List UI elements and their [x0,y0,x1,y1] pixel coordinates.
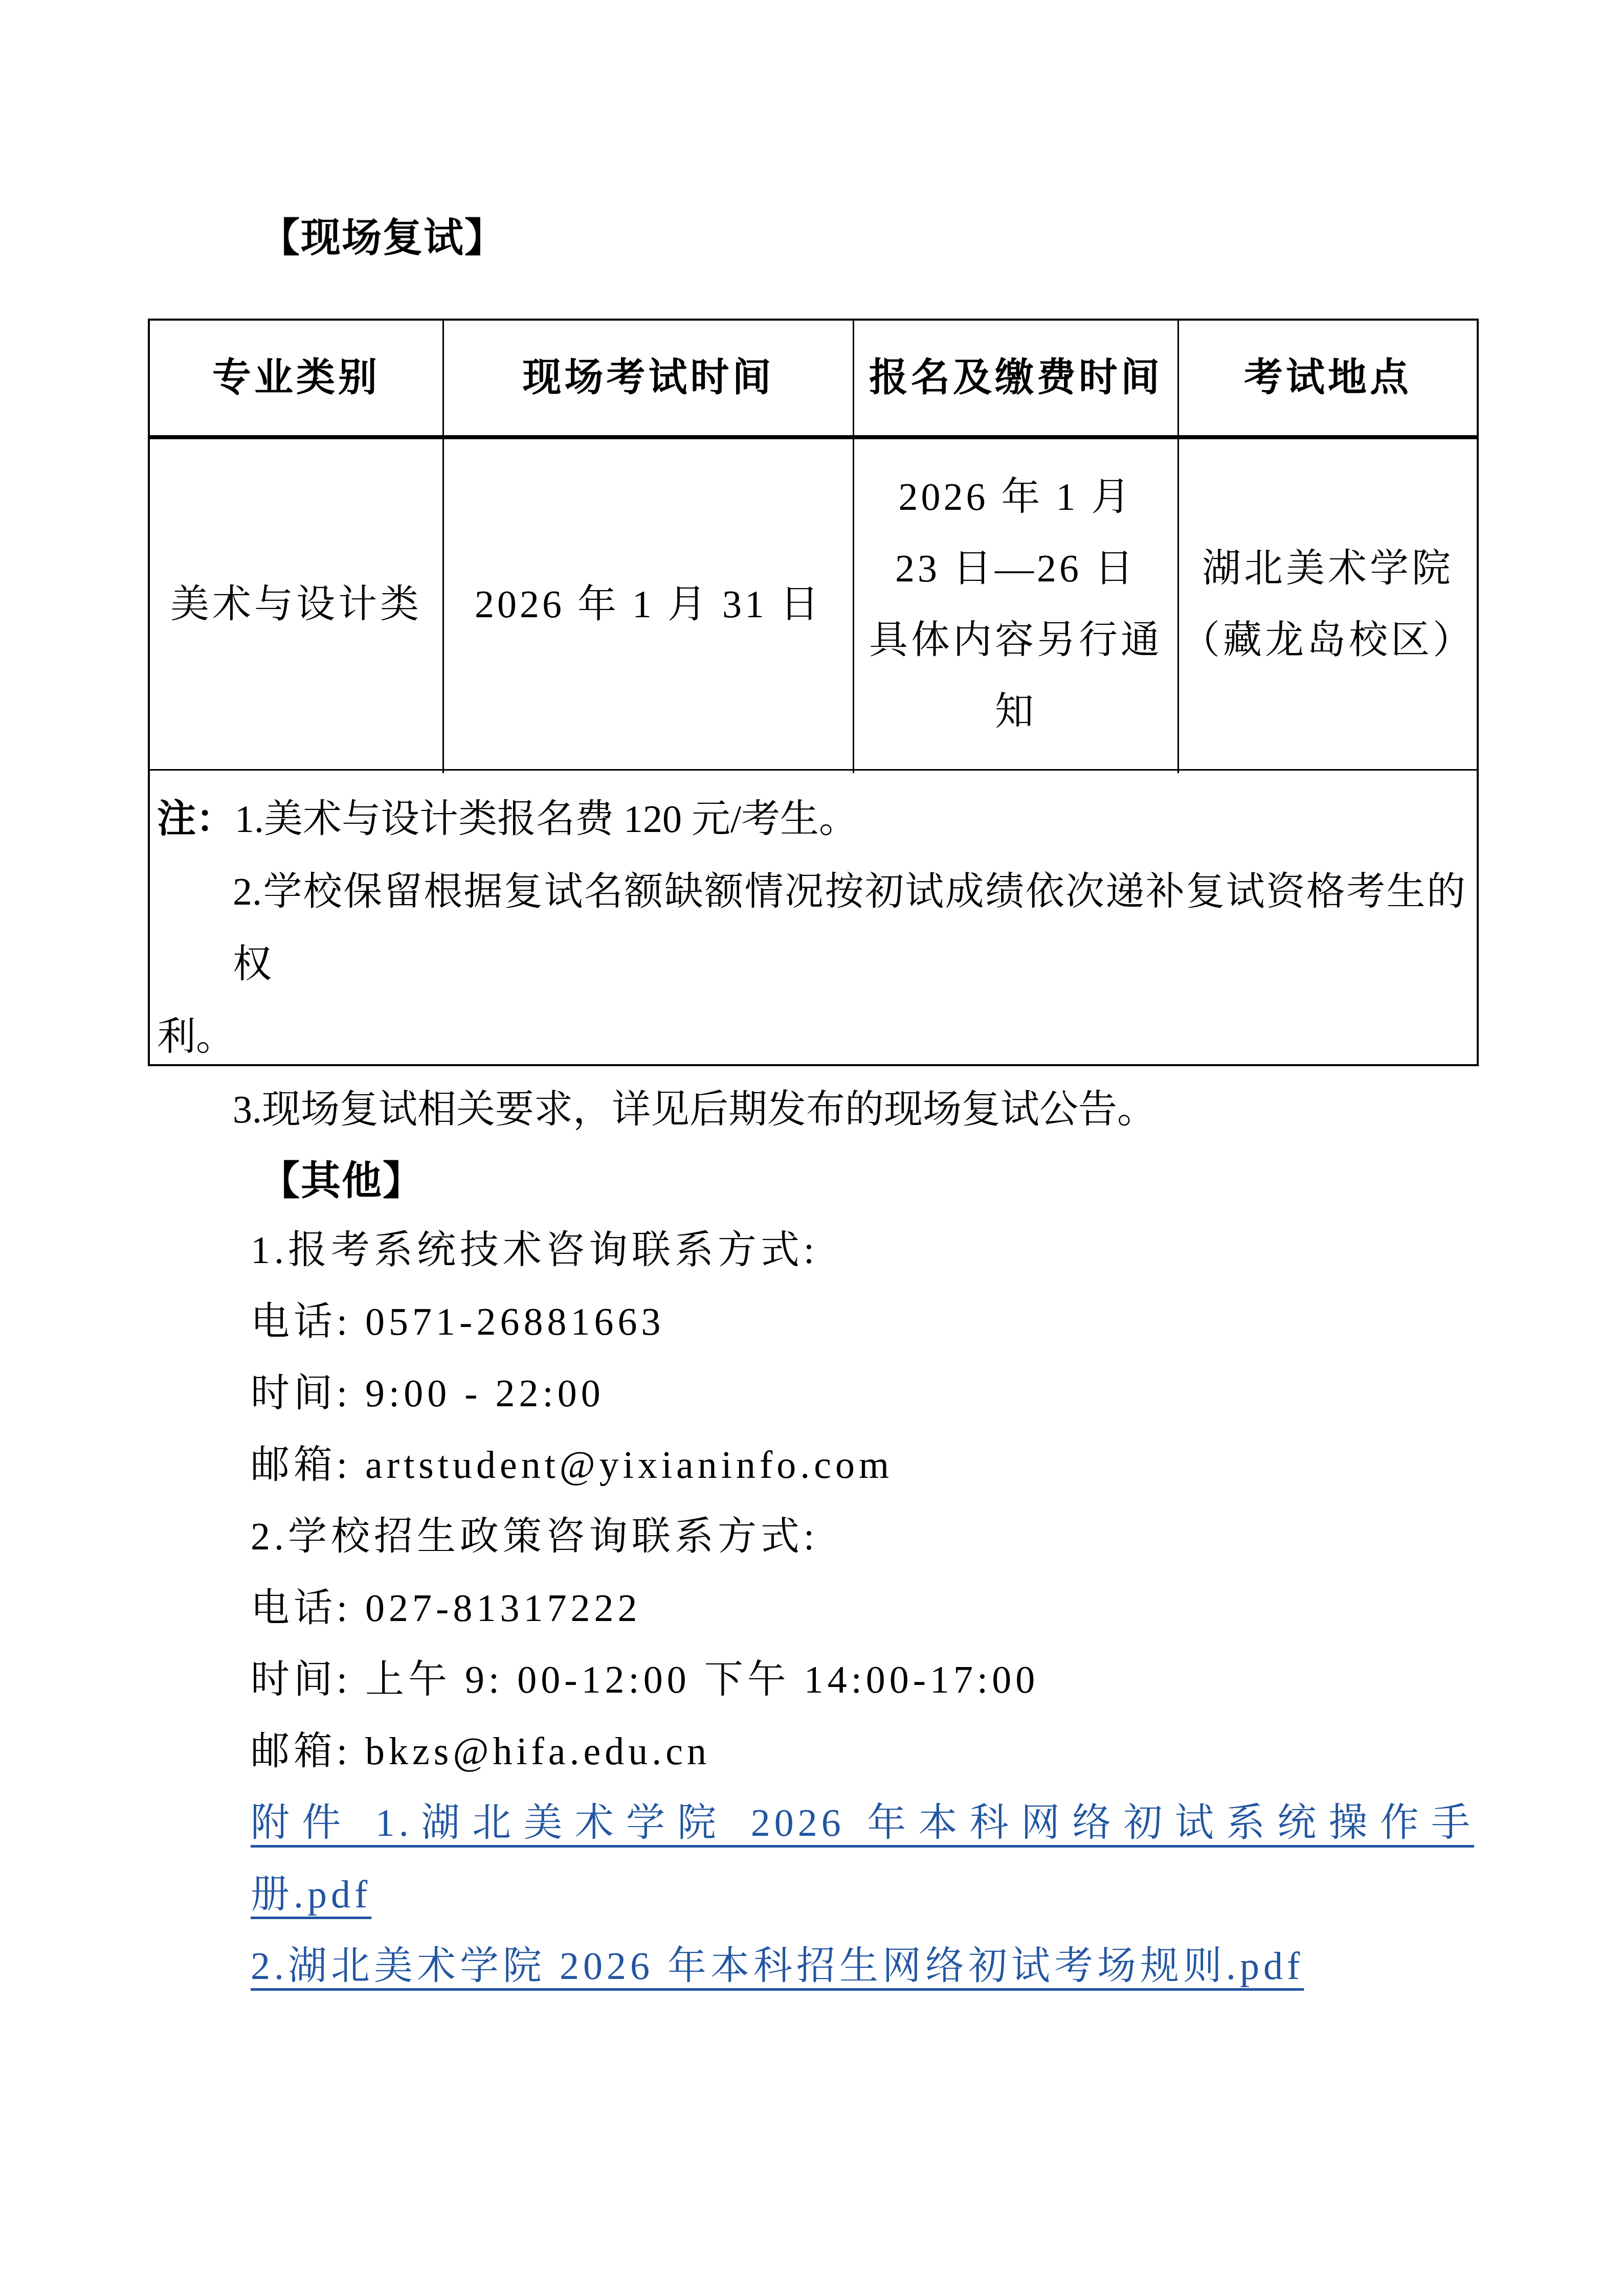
contact-line-system-email: 邮箱: artstudent@yixianinfo.com [251,1429,1478,1501]
contact-line-school-email: 邮箱: bkzs@hifa.edu.cn [251,1716,1478,1787]
location-line: 湖北美术学院 [1202,533,1454,604]
table-header-label: 现场考试时间 [523,342,774,414]
contact-line-school-hours: 时间: 上午 9: 00-12:00 下午 14:00-17:00 [251,1644,1478,1716]
location-line: （藏龙岛校区） [1181,604,1475,676]
registration-time-line: 23 日—26 日 [895,533,1137,604]
contact-line-system-hours: 时间: 9:00 - 22:00 [251,1358,1478,1429]
exam-time-value: 2026 年 1 月 31 日 [475,569,822,640]
registration-time-line: 具体内容另行通知 [854,604,1177,748]
note-label: 注： [157,798,235,841]
table-header-label: 专业类别 [212,342,380,414]
note-line-1: 注：1.美术与设计类报名费 120 元/考生。 [157,783,1465,856]
table-notes: 注：1.美术与设计类报名费 120 元/考生。 2.学校保留根据复试名额缺额情况… [150,775,1477,1146]
table-header-registration-time: 报名及缴费时间 [854,321,1177,435]
registration-time-line: 2026 年 1 月 [899,461,1133,533]
table-row-separator [150,769,1477,771]
table-header-label: 报名及缴费时间 [869,342,1163,414]
note-line-4: 3.现场复试相关要求，详见后期发布的现场复试公告。 [233,1073,1465,1146]
note-line-2: 2.学校保留根据复试名额缺额情况按初试成绩依次递补复试资格考生的权 [233,856,1465,1001]
table-cell-category: 美术与设计类 [150,439,442,769]
exam-schedule-table: 专业类别 现场考试时间 报名及缴费时间 考试地点 美术与设计类 2026 年 1… [148,319,1479,1066]
table-header-label: 考试地点 [1244,342,1412,414]
note-line-3: 利。 [157,1001,1465,1073]
category-value: 美术与设计类 [170,569,422,640]
table-cell-location: 湖北美术学院 （藏龙岛校区） [1179,439,1477,769]
onsite-retest-heading: 【现场复试】 [260,214,505,263]
other-section-heading: 【其他】 [260,1157,424,1206]
attachment-1-link-line-2[interactable]: 册.pdf [251,1859,1478,1930]
table-cell-exam-time: 2026 年 1 月 31 日 [444,439,853,769]
contact-line-system-phone: 电话: 0571-26881663 [251,1286,1478,1358]
table-header-exam-time: 现场考试时间 [444,321,853,435]
table-header-category: 专业类别 [150,321,442,435]
attachment-2-link[interactable]: 2.湖北美术学院 2026 年本科招生网络初试考场规则.pdf [251,1930,1478,2002]
attachment-1-link-line-1[interactable]: 附件 1.湖北美术学院 2026 年本科网络初试系统操作手 [251,1787,1474,1859]
note-text: 1.美术与设计类报名费 120 元/考生。 [235,798,858,841]
contact-line-school-phone: 电话: 027-81317222 [251,1572,1478,1644]
contact-line-system-title: 1.报考系统技术咨询联系方式: [251,1214,1478,1286]
contact-info-block: 1.报考系统技术咨询联系方式: 电话: 0571-26881663 时间: 9:… [251,1214,1478,2002]
table-header-location: 考试地点 [1179,321,1477,435]
table-cell-registration-time: 2026 年 1 月 23 日—26 日 具体内容另行通知 [854,439,1177,769]
contact-line-school-title: 2.学校招生政策咨询联系方式: [251,1501,1478,1572]
table-header-separator [150,435,1477,439]
document-page: { "page": { "colors": { "background": "#… [0,0,1624,2296]
